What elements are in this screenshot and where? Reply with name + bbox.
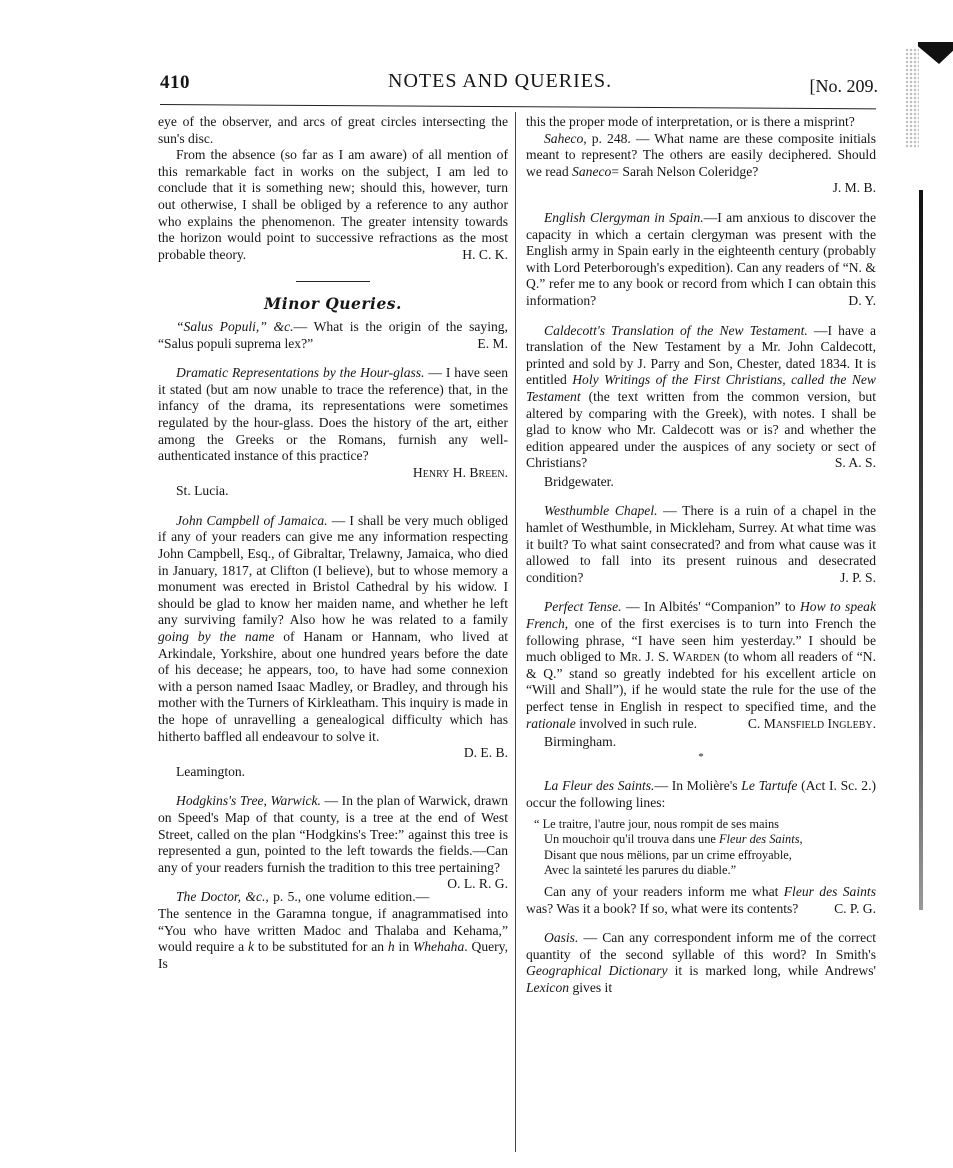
section-rule [296,281,370,282]
signature: S. A. S. [817,455,876,472]
verse-line: Disant que nous mëlions, par un crime ef… [534,848,876,864]
place-name: St. Lucia. [158,483,508,500]
signature: J. P. S. [822,570,876,587]
signature: C. Mansfield Ingleby. [730,716,876,733]
query-fleur-followup: Can any of your readers inform me what F… [526,884,876,917]
query-title: Saheco [544,131,583,146]
quoted-verse: “ Le traitre, l'autre jour, nous rompit … [526,817,876,879]
query-oasis: Oasis. — Can any correspondent inform me… [526,930,876,996]
place-name: Bridgewater. [526,474,876,491]
signature: D. E. B. [158,745,508,762]
query-english-clergyman: English Clergyman in Spain.—I am anxious… [526,210,876,310]
verse-line: Un mouchoir qu'il trouva dans une Fleur … [534,832,876,848]
person-name: Mr. J. S. Warden [619,649,720,664]
query-title: “Salus Populi,” &c. [176,319,294,334]
page-header: 410 NOTES AND QUERIES. [No. 209. [160,72,880,102]
signature: H. C. K. [444,247,508,264]
place-name: Leamington. [158,764,508,781]
query-title: Westhumble Chapel. [544,503,658,518]
query-saheco: Saheco, p. 248. — What name are these co… [526,131,876,181]
query-title: Dramatic Representations by the Hour-gla… [176,365,425,380]
right-column: this the proper mode of interpretation, … [526,114,876,997]
query-title: The Doctor, &c. [176,889,265,904]
continuation-paragraph: From the absence (so far as I am aware) … [158,147,508,263]
continuation-paragraph: eye of the observer, and arcs of great c… [158,114,508,147]
continuation-paragraph: this the proper mode of interpretation, … [526,114,876,131]
signature: C. P. G. [816,901,876,918]
running-title: NOTES AND QUERIES. [388,70,612,93]
query-the-doctor: The Doctor, &c., p. 5., one volume editi… [158,889,508,972]
page-number: 410 [160,72,190,94]
query-westhumble-chapel: Westhumble Chapel. — There is a ruin of … [526,503,876,586]
query-title: Oasis. [544,930,578,945]
header-rule [160,104,876,109]
verse-line: “ Le traitre, l'autre jour, nous rompit … [534,817,876,833]
query-hour-glass: Dramatic Representations by the Hour-gla… [158,365,508,465]
signature: J. M. B. [526,180,876,197]
query-fleur-des-saints: La Fleur des Saints.— In Molière's Le Ta… [526,778,876,811]
page-edge-shadow [918,42,953,64]
query-title: La Fleur des Saints. [544,778,654,793]
query-title: Hodgkins's Tree, Warwick. [176,793,321,808]
signature: O. L. R. G. [429,876,508,893]
issue-number: [No. 209. [810,76,879,97]
separator-asterisk: * [526,749,876,766]
page-edge-speckle [905,48,919,148]
query-caldecott: Caldecott's Translation of the New Testa… [526,323,876,472]
query-john-campbell: John Campbell of Jamaica. — I shall be v… [158,513,508,745]
page-edge-line [919,190,923,910]
column-divider [515,112,516,1152]
verse-line: Avec la sainteté les parures du diable.” [534,863,876,879]
query-perfect-tense: Perfect Tense. — In Albités' “Companion”… [526,599,876,732]
signature: D. Y. [830,293,876,310]
query-title: Perfect Tense. [544,599,622,614]
query-title: Caldecott's Translation of the New Testa… [544,323,808,338]
query-title: English Clergyman in Spain. [544,210,704,225]
signature: E. M. [459,336,508,353]
query-title: John Campbell of Jamaica. [176,513,328,528]
signature: Henry H. Breen. [158,465,508,482]
left-column: eye of the observer, and arcs of great c… [158,114,508,972]
query-salus-populi: “Salus Populi,” &c.— What is the origin … [158,319,508,352]
section-heading: Minor Queries. [158,296,508,313]
query-hodgkins-tree: Hodgkins's Tree, Warwick. — In the plan … [158,793,508,876]
